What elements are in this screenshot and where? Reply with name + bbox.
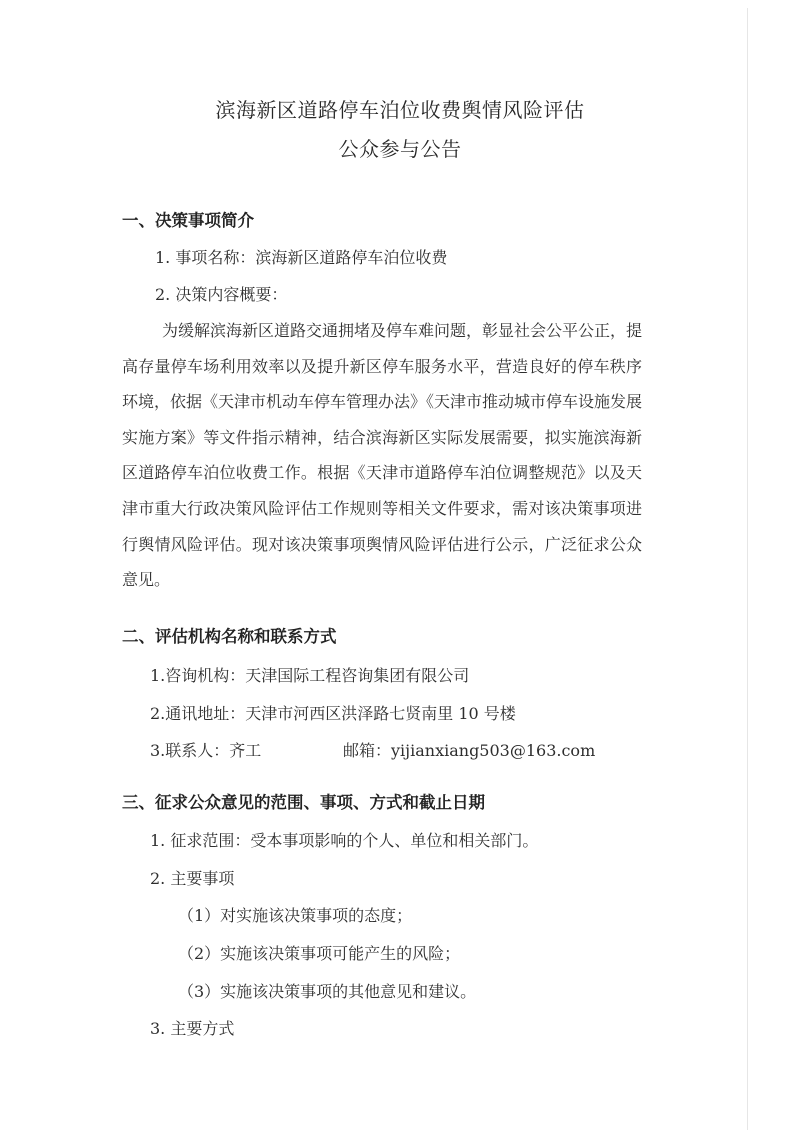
section2-heading: 二、评估机构名称和联系方式 [122,627,337,647]
section1-paragraph-text: 为缓解滨海新区道路交通拥堵及停车难问题，彰显社会公平公正，提高存量停车场利用效率… [122,321,642,589]
section2-item2: 2.通讯地址：天津市河西区洪泽路七贤南里 10 号楼 [150,704,516,724]
section1-item1: 1. 事项名称：滨海新区道路停车泊位收费 [155,248,447,268]
section3-subitem: （3）实施该决策事项的其他意见和建议。 [178,982,476,1002]
section2-item1: 1.咨询机构：天津国际工程咨询集团有限公司 [150,666,469,686]
section1-heading: 一、决策事项简介 [122,211,254,231]
section1-item2: 2. 决策内容概要： [155,285,287,305]
scan-edge-line [747,8,748,1130]
section2-item3-email: 邮箱：yijianxiang503@163.com [343,741,595,761]
section3-subitem: （1）对实施该决策事项的态度； [178,906,412,926]
section3-item3: 3. 主要方式 [150,1019,234,1039]
section3-subitem: （2）实施该决策事项可能产生的风险； [178,944,460,964]
document-subtitle: 公众参与公告 [0,133,800,162]
document-title: 滨海新区道路停车泊位收费舆情风险评估 [0,94,800,123]
section1-paragraph: 为缓解滨海新区道路交通拥堵及停车难问题，彰显社会公平公正，提高存量停车场利用效率… [122,313,642,598]
section3-heading: 三、征求公众意见的范围、事项、方式和截止日期 [122,793,485,813]
section2-item3-contact: 3.联系人：齐工 [150,741,261,761]
section3-item1: 1. 征求范围：受本事项影响的个人、单位和相关部门。 [150,831,538,851]
section3-item2: 2. 主要事项 [150,869,234,889]
